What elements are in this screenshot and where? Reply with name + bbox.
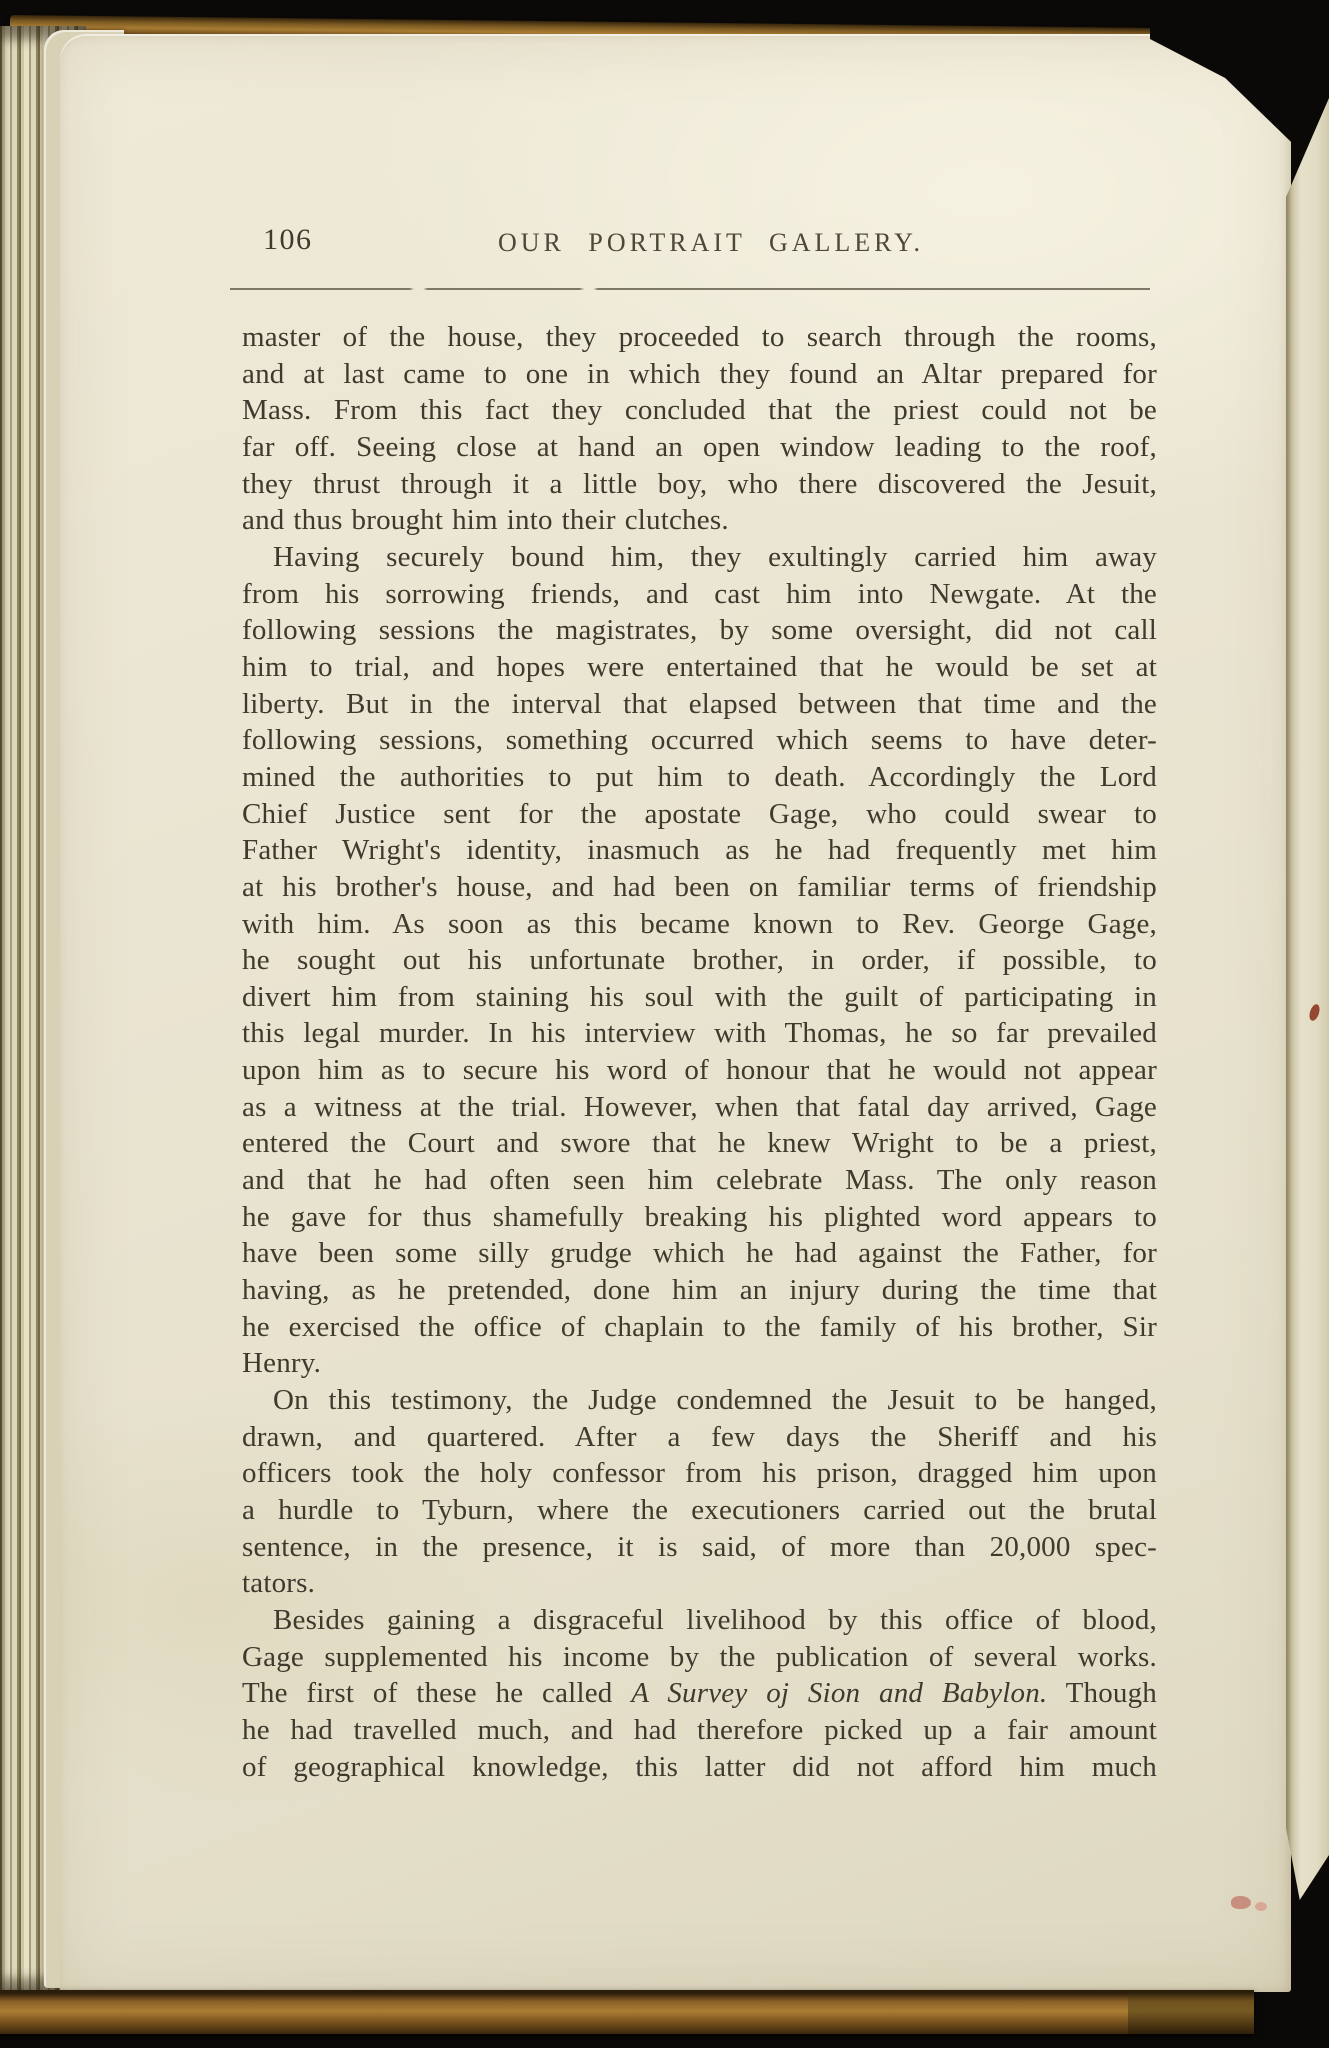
text-line: as a witness at the trial. However, when… xyxy=(242,1089,1157,1126)
text-segment: On this testimony, the Judge condemned t… xyxy=(273,1384,1157,1416)
text-segment: Though xyxy=(1047,1677,1157,1709)
text-line: The first of these he called A Survey oj… xyxy=(242,1675,1157,1712)
text-line: mined the authorities to put him to deat… xyxy=(242,759,1157,796)
text-line: Mass. From this fact they concluded that… xyxy=(242,392,1157,429)
text-segment: him to trial, and hopes were entertained… xyxy=(242,651,1157,683)
book-cover-bottom-edge xyxy=(0,1990,1254,2034)
text-segment: entered the Court and swore that he knew… xyxy=(242,1127,1157,1159)
text-segment: following sessions the magistrates, by s… xyxy=(242,614,1157,646)
text-line: they thrust through it a little boy, who… xyxy=(242,466,1157,503)
text-line: Father Wright's identity, inasmuch as he… xyxy=(242,832,1157,869)
text-segment: with him. As soon as this became known t… xyxy=(242,908,1157,940)
text-line: of geographical knowledge, this latter d… xyxy=(242,1749,1157,1786)
text-segment: as a witness at the trial. However, when… xyxy=(242,1091,1157,1123)
text-line: sentence, in the presence, it is said, o… xyxy=(242,1529,1157,1566)
text-segment: tators. xyxy=(242,1567,315,1599)
text-segment: drawn, and quartered. After a few days t… xyxy=(242,1421,1157,1453)
text-segment: a hurdle to Tyburn, where the executione… xyxy=(242,1494,1157,1526)
text-line: and thus brought him into their clutches… xyxy=(242,502,1157,539)
paragraph: Having securely bound him, they exulting… xyxy=(242,539,1157,1382)
bottom-edge-dark-section xyxy=(1128,1990,1254,2034)
text-segment: they thrust through it a little boy, who… xyxy=(242,468,1157,500)
text-line: him to trial, and hopes were entertained… xyxy=(242,649,1157,686)
running-header: OUR PORTRAIT GALLERY. xyxy=(498,228,924,258)
text-segment: following sessions, something occurred w… xyxy=(242,724,1157,756)
text-line: tators. xyxy=(242,1565,1157,1602)
paragraph: Besides gaining a disgraceful livelihood… xyxy=(242,1602,1157,1785)
text-segment: Father Wright's identity, inasmuch as he… xyxy=(242,834,1157,866)
text-segment: master of the house, they proceeded to s… xyxy=(242,321,1157,353)
text-line: he exercised the office of chaplain to t… xyxy=(242,1309,1157,1346)
text-segment: Having securely bound him, they exulting… xyxy=(273,541,1157,573)
text-segment: and thus brought him into their clutches… xyxy=(242,504,729,536)
text-segment: sentence, in the presence, it is said, o… xyxy=(242,1531,1157,1563)
text-line: having, as he pretended, done him an inj… xyxy=(242,1272,1157,1309)
text-segment: officers took the holy confessor from hi… xyxy=(242,1457,1157,1489)
text-segment: Chief Justice sent for the apostate Gage… xyxy=(242,798,1157,830)
text-line: Besides gaining a disgraceful livelihood… xyxy=(242,1602,1157,1639)
text-line: and at last came to one in which they fo… xyxy=(242,356,1157,393)
text-line: Henry. xyxy=(242,1345,1157,1382)
text-line: On this testimony, the Judge condemned t… xyxy=(242,1382,1157,1419)
text-line: he gave for thus shamefully breaking his… xyxy=(242,1199,1157,1236)
text-segment: he exercised the office of chaplain to t… xyxy=(242,1311,1157,1343)
paragraph: master of the house, they proceeded to s… xyxy=(242,319,1157,539)
text-segment: he had travelled much, and had therefore… xyxy=(242,1714,1157,1746)
page-number: 106 xyxy=(263,223,313,257)
text-line: following sessions, something occurred w… xyxy=(242,722,1157,759)
book-page: 106 OUR PORTRAIT GALLERY. master of the … xyxy=(60,34,1291,1992)
text-line: far off. Seeing close at hand an open wi… xyxy=(242,429,1157,466)
text-segment: upon him as to secure his word of honour… xyxy=(242,1054,1157,1086)
text-line: Chief Justice sent for the apostate Gage… xyxy=(242,796,1157,833)
text-line: entered the Court and swore that he knew… xyxy=(242,1125,1157,1162)
text-line: and that he had often seen him celebrate… xyxy=(242,1162,1157,1199)
text-line: upon him as to secure his word of honour… xyxy=(242,1052,1157,1089)
text-segment: liberty. But in the interval that elapse… xyxy=(242,688,1157,720)
text-segment: and at last came to one in which they fo… xyxy=(242,358,1157,390)
text-block: master of the house, they proceeded to s… xyxy=(242,319,1157,1785)
book-scan-screenshot: 106 OUR PORTRAIT GALLERY. master of the … xyxy=(0,0,1329,2048)
text-segment: at his brother's house, and had been on … xyxy=(242,871,1157,903)
text-segment: The first of these he called xyxy=(242,1677,631,1709)
text-line: Gage supplemented his income by the publ… xyxy=(242,1639,1157,1676)
text-segment: Henry. xyxy=(242,1347,321,1379)
text-line: master of the house, they proceeded to s… xyxy=(242,319,1157,356)
text-line: from his sorrowing friends, and cast him… xyxy=(242,576,1157,613)
paragraph: On this testimony, the Judge condemned t… xyxy=(242,1382,1157,1602)
text-line: a hurdle to Tyburn, where the executione… xyxy=(242,1492,1157,1529)
text-segment: Besides gaining a disgraceful livelihood… xyxy=(273,1604,1157,1636)
text-line: he had travelled much, and had therefore… xyxy=(242,1712,1157,1749)
text-segment: this legal murder. In his interview with… xyxy=(242,1017,1157,1049)
text-segment: Mass. From this fact they concluded that… xyxy=(242,394,1157,426)
header-rule xyxy=(230,288,1150,290)
book-title-italic: A Survey oj Sion and Babylon. xyxy=(631,1677,1047,1709)
text-segment: he gave for thus shamefully breaking his… xyxy=(242,1201,1157,1233)
text-line: officers took the holy confessor from hi… xyxy=(242,1455,1157,1492)
text-line: at his brother's house, and had been on … xyxy=(242,869,1157,906)
pink-mark-bottom-right xyxy=(1231,1896,1251,1909)
text-segment: Gage supplemented his income by the publ… xyxy=(242,1641,1157,1673)
text-segment: having, as he pretended, done him an inj… xyxy=(242,1274,1157,1306)
text-segment: of geographical knowledge, this latter d… xyxy=(242,1751,1157,1783)
text-segment: mined the authorities to put him to deat… xyxy=(242,761,1157,793)
text-line: this legal murder. In his interview with… xyxy=(242,1015,1157,1052)
text-segment: he sought out his unfortunate brother, i… xyxy=(242,944,1157,976)
right-fore-edge-pages xyxy=(1286,98,1329,1900)
text-segment: divert him from staining his soul with t… xyxy=(242,981,1157,1013)
text-line: liberty. But in the interval that elapse… xyxy=(242,686,1157,723)
text-line: divert him from staining his soul with t… xyxy=(242,979,1157,1016)
text-line: Having securely bound him, they exulting… xyxy=(242,539,1157,576)
text-line: he sought out his unfortunate brother, i… xyxy=(242,942,1157,979)
text-segment: far off. Seeing close at hand an open wi… xyxy=(242,431,1157,463)
text-line: drawn, and quartered. After a few days t… xyxy=(242,1419,1157,1456)
text-line: have been some silly grudge which he had… xyxy=(242,1235,1157,1272)
text-line: with him. As soon as this became known t… xyxy=(242,906,1157,943)
text-segment: have been some silly grudge which he had… xyxy=(242,1237,1157,1269)
pink-mark-bottom-right xyxy=(1255,1902,1267,1911)
text-segment: and that he had often seen him celebrate… xyxy=(242,1164,1157,1196)
text-segment: from his sorrowing friends, and cast him… xyxy=(242,578,1157,610)
text-line: following sessions the magistrates, by s… xyxy=(242,612,1157,649)
